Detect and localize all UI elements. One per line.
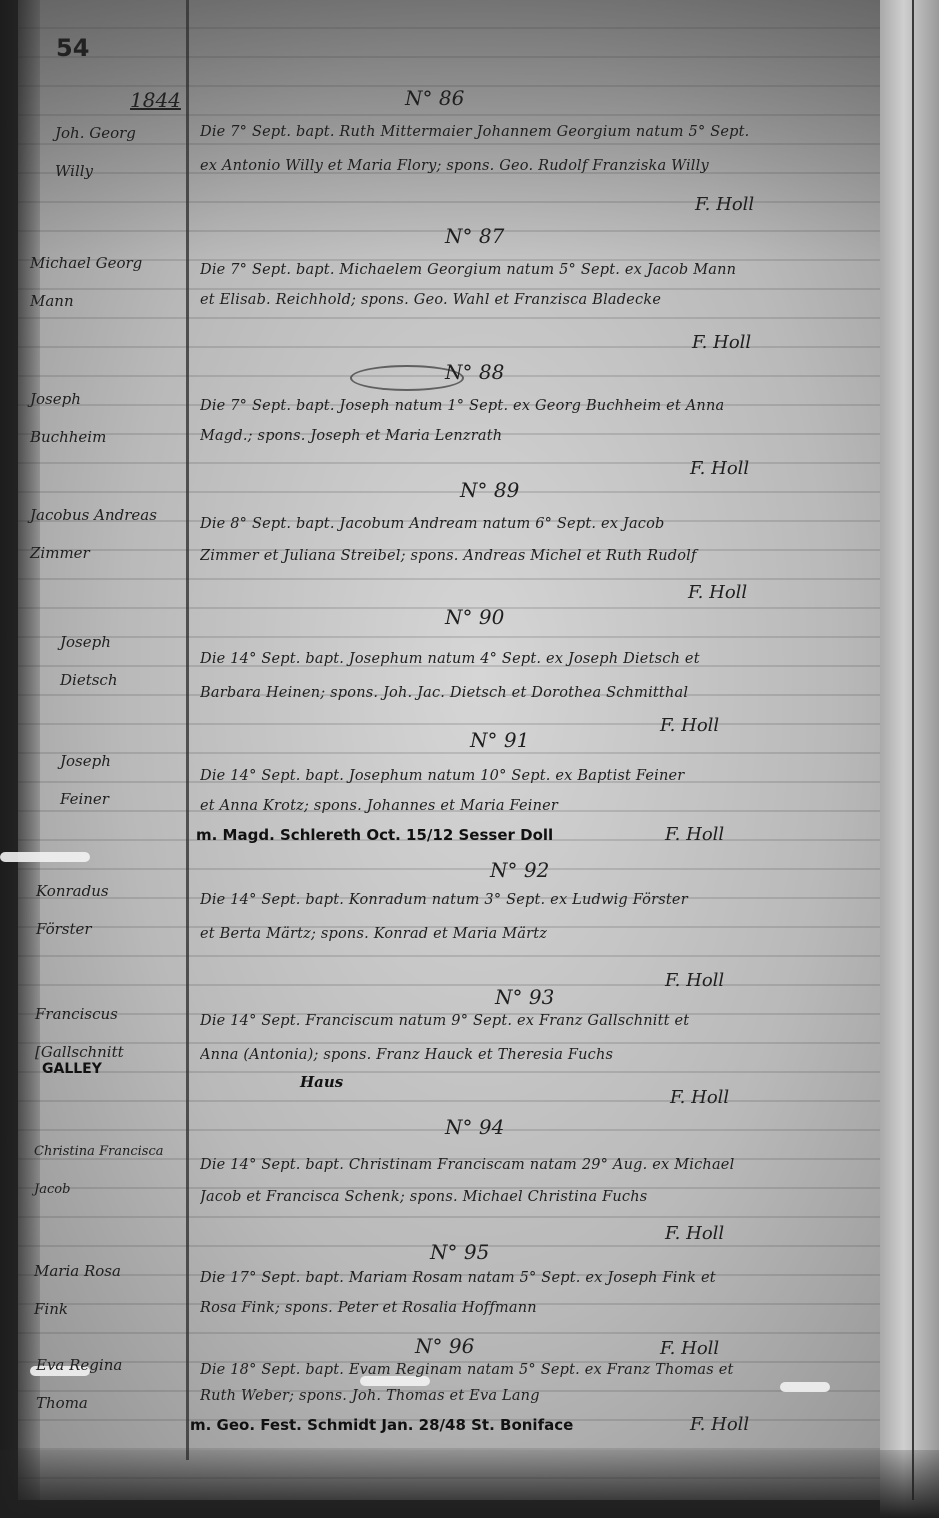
margin-name: Jacobus Andreas Zimmer: [30, 496, 185, 572]
entry-line: Die 14° Sept. bapt. Josephum natum 4° Se…: [200, 649, 870, 669]
entry-line: Die 14° Sept. bapt. Christinam Francisca…: [200, 1155, 870, 1175]
entry-line: Die 8° Sept. bapt. Jacobum Andream natum…: [200, 514, 870, 534]
entry-line: Die 14° Sept. Franciscum natum 9° Sept. …: [200, 1011, 870, 1031]
margin-name: Joseph Buchheim: [30, 380, 185, 456]
entry-number: N° 90: [445, 605, 504, 629]
inline-note: Haus: [300, 1073, 343, 1091]
margin-name: Franciscus [Gallschnitt: [35, 995, 190, 1071]
scan-shadow-bottom: [0, 1450, 939, 1518]
officiant-signature: F. Holl: [688, 582, 747, 603]
entry-number: N° 87: [445, 224, 504, 248]
entry-line: et Elisab. Reichhold; spons. Geo. Wahl e…: [200, 290, 870, 310]
entry-line: ex Antonio Willy et Maria Flory; spons. …: [200, 156, 870, 176]
margin-rule-line: [186, 0, 189, 1460]
entry-line: Die 7° Sept. bapt. Ruth Mittermaier Joha…: [200, 122, 870, 142]
page-number: 54: [56, 34, 89, 62]
year-heading: 1844: [130, 88, 181, 112]
margin-name: Konradus Förster: [36, 872, 191, 948]
entry-line: et Anna Krotz; spons. Johannes et Maria …: [200, 796, 870, 816]
officiant-signature: F. Holl: [665, 1223, 724, 1244]
entry-number: N° 88: [445, 360, 504, 384]
entry-line: Die 7° Sept. bapt. Joseph natum 1° Sept.…: [200, 396, 870, 416]
entry-line: Ruth Weber; spons. Joh. Thomas et Eva La…: [200, 1386, 870, 1406]
entry-line: Die 7° Sept. bapt. Michaelem Georgium na…: [200, 260, 870, 280]
entry-number: N° 86: [405, 86, 464, 110]
entry-number: N° 89: [460, 478, 519, 502]
entry-number: N° 91: [470, 728, 529, 752]
entry-number: N° 96: [415, 1334, 474, 1358]
marriage-annotation: m. Geo. Fest. Schmidt Jan. 28/48 St. Bon…: [190, 1416, 573, 1434]
entry-line: Magd.; spons. Joseph et Maria Lenzrath: [200, 426, 870, 446]
entry-line: Anna (Antonia); spons. Franz Hauck et Th…: [200, 1045, 870, 1065]
officiant-signature: F. Holl: [690, 458, 749, 479]
entry-line: et Berta Märtz; spons. Konrad et Maria M…: [200, 924, 870, 944]
margin-name: Joseph Feiner: [60, 742, 215, 818]
officiant-signature: F. Holl: [660, 1338, 719, 1359]
entry-line: Barbara Heinen; spons. Joh. Jac. Dietsch…: [200, 683, 870, 703]
officiant-signature: F. Holl: [665, 824, 724, 845]
margin-name: Joh. Georg Willy: [55, 114, 210, 190]
entry-line: Zimmer et Juliana Streibel; spons. Andre…: [200, 546, 870, 566]
right-rule-line: [912, 0, 914, 1500]
officiant-signature: F. Holl: [670, 1087, 729, 1108]
margin-annotation: GALLEY: [42, 1061, 102, 1077]
margin-name: Eva Regina Thoma: [36, 1346, 191, 1422]
margin-name: Michael Georg Mann: [30, 244, 185, 320]
entry-line: Die 14° Sept. bapt. Josephum natum 10° S…: [200, 766, 870, 786]
entry-line: Rosa Fink; spons. Peter et Rosalia Hoffm…: [200, 1298, 870, 1318]
marriage-annotation: m. Magd. Schlereth Oct. 15/12 Sesser Dol…: [196, 826, 553, 844]
entry-line: Jacob et Francisca Schenk; spons. Michae…: [200, 1187, 870, 1207]
officiant-signature: F. Holl: [690, 1414, 749, 1435]
entry-number: N° 92: [490, 858, 549, 882]
officiant-signature: F. Holl: [692, 332, 751, 353]
page-right-edge: [880, 0, 939, 1518]
officiant-signature: F. Holl: [695, 194, 754, 215]
entry-number: N° 93: [495, 985, 554, 1009]
entry-number: N° 94: [445, 1115, 504, 1139]
scan-artifact: [0, 852, 90, 862]
entry-line: Die 17° Sept. bapt. Mariam Rosam natam 5…: [200, 1268, 870, 1288]
entry-line: Die 18° Sept. bapt. Evam Reginam natam 5…: [200, 1360, 870, 1380]
margin-name: Maria Rosa Fink: [34, 1252, 189, 1328]
officiant-signature: F. Holl: [665, 970, 724, 991]
officiant-signature: F. Holl: [660, 715, 719, 736]
entry-line: Die 14° Sept. bapt. Konradum natum 3° Se…: [200, 890, 870, 910]
entry-number: N° 95: [430, 1240, 489, 1264]
margin-name: Christina Francisca Jacob: [34, 1133, 189, 1209]
margin-name: Joseph Dietsch: [60, 623, 215, 699]
